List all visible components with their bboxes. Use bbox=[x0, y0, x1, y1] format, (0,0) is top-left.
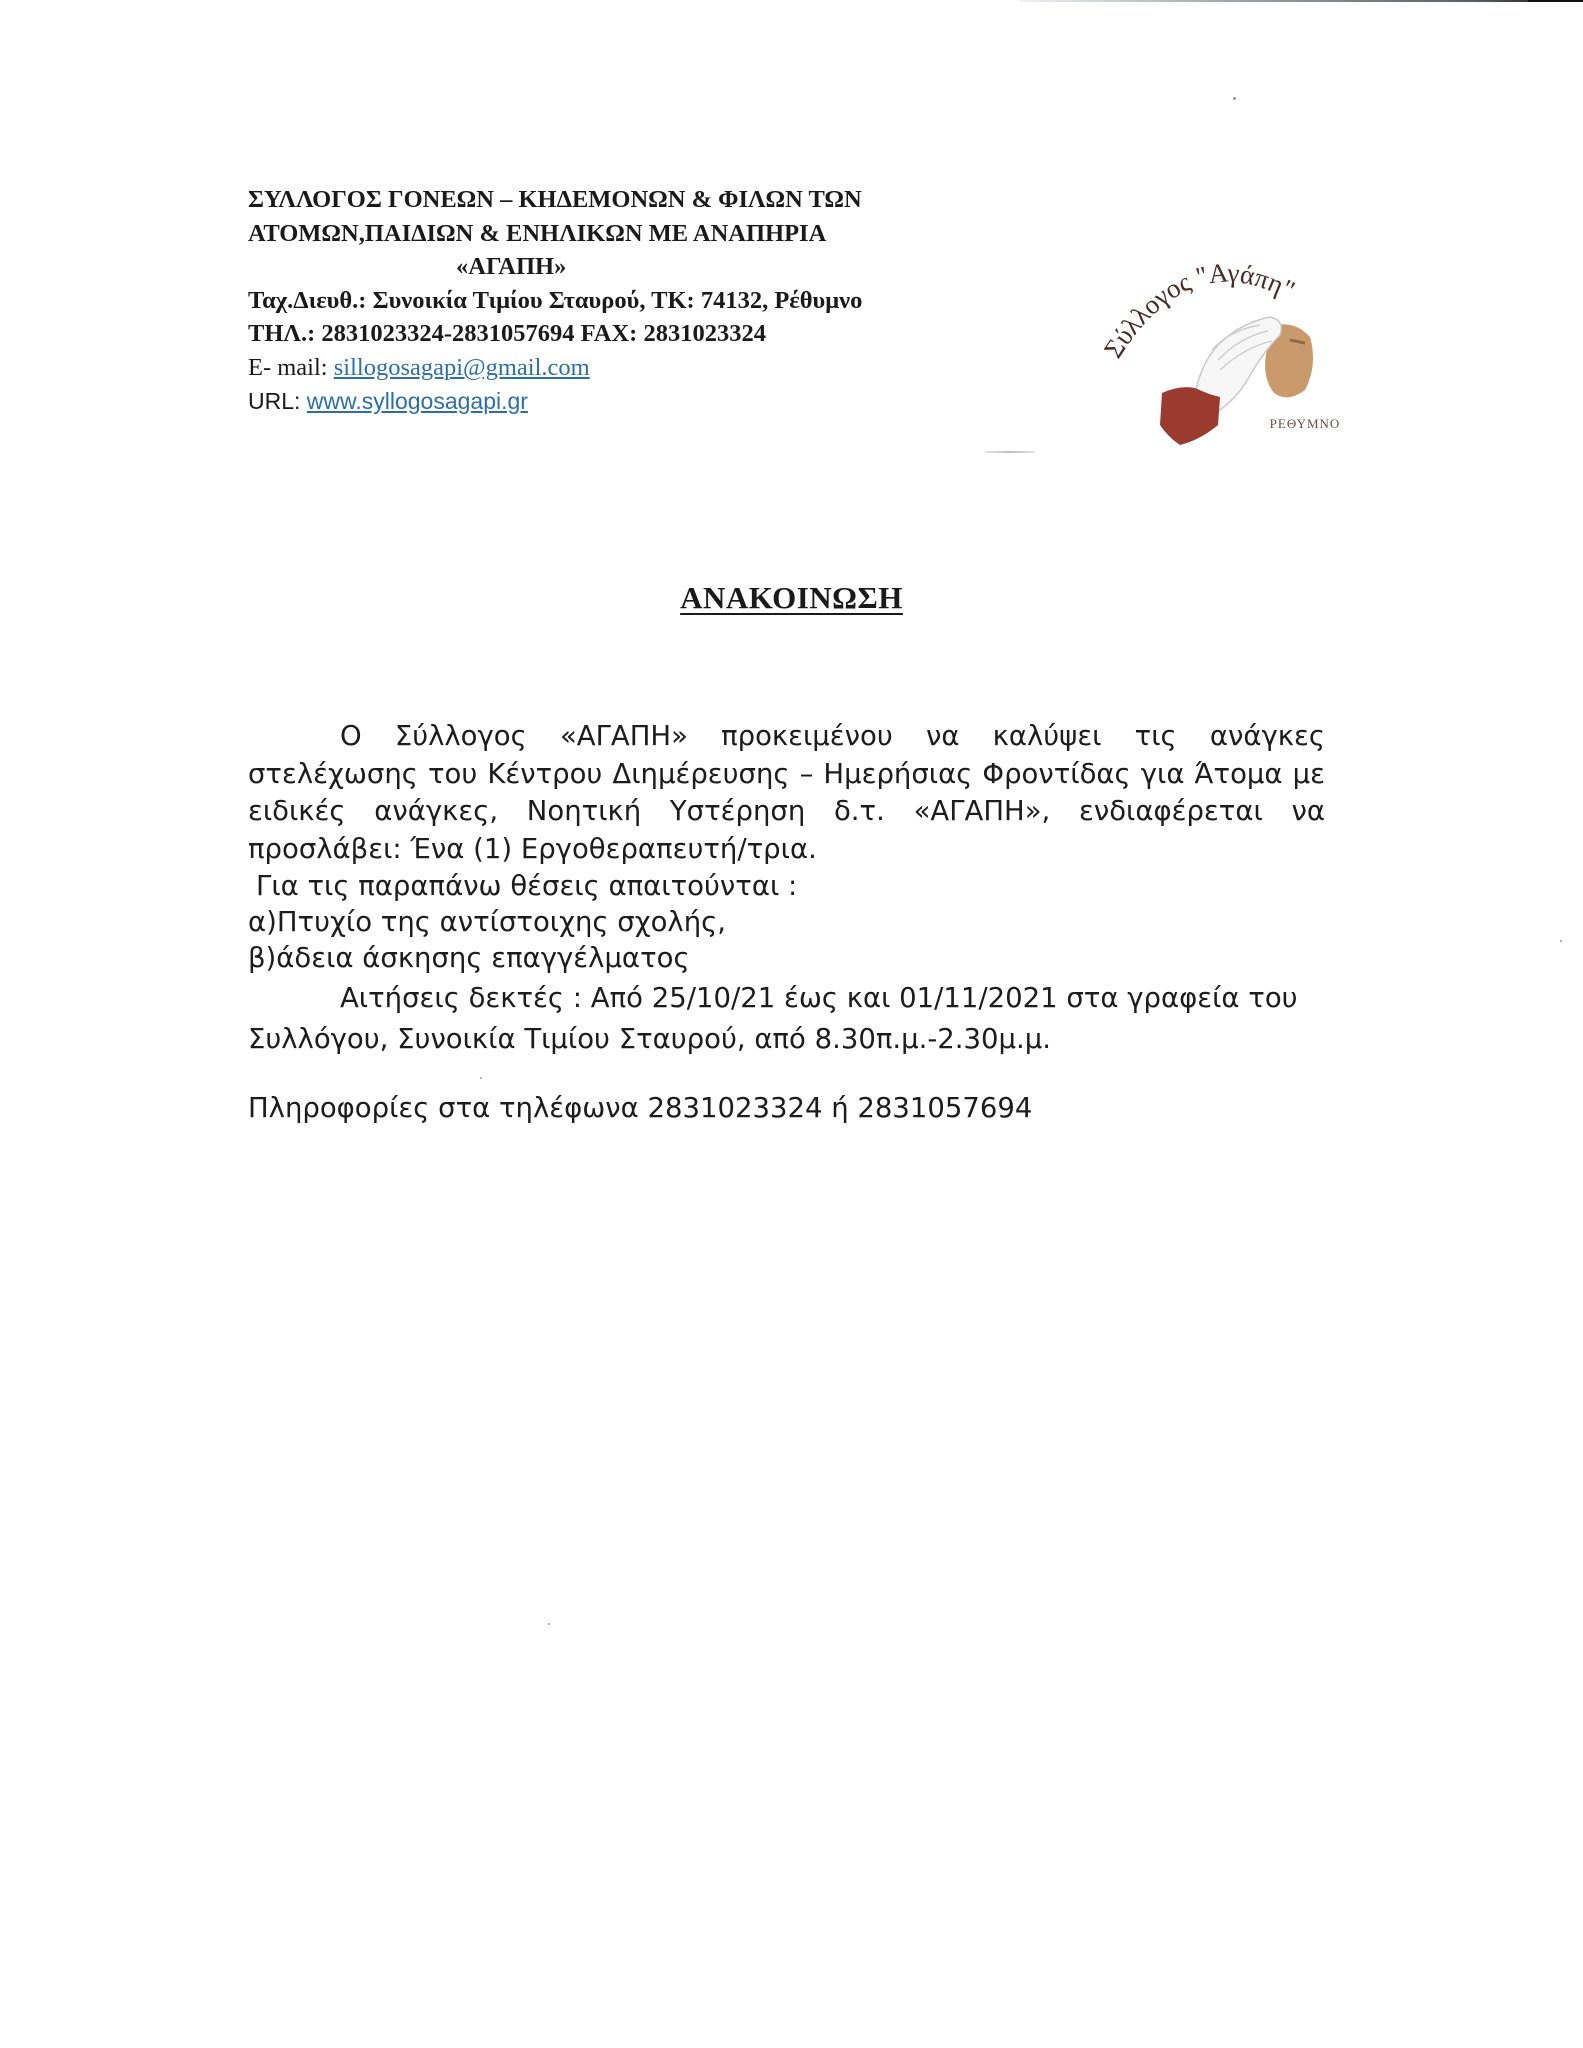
email-link[interactable]: sillogosagapi@gmail.com bbox=[334, 354, 590, 381]
scan-edge-dark bbox=[1528, 0, 1583, 2]
org-line-2: ΑΤΟΜΩΝ,ΠΑΙΔΙΩΝ & ΕΝΗΛΙΚΩΝ ΜΕ ΑΝΑΠΗΡΙΑ bbox=[248, 217, 948, 251]
logo-hands-pot-icon: Σύλλογος "Αγάπη" ΡΕΘΥΜΝΟ bbox=[1100, 225, 1350, 450]
scan-top-edge bbox=[1020, 0, 1583, 2]
logo-city: ΡΕΘΥΜΝΟ bbox=[1270, 416, 1341, 431]
scan-speck bbox=[548, 1623, 550, 1625]
org-url-row: URL: www.syllogosagapi.gr bbox=[248, 385, 948, 419]
letterhead: ΣΥΛΛΟΓΟΣ ΓΟΝΕΩΝ – ΚΗΔΕΜΟΝΩΝ & ΦΙΛΩΝ ΤΩΝ … bbox=[248, 183, 948, 418]
scan-speck bbox=[1560, 940, 1562, 942]
applications-block: Αιτήσεις δεκτές : Από 25/10/21 έως και 0… bbox=[248, 978, 1325, 1060]
applications-line-1: Αιτήσεις δεκτές : Από 25/10/21 έως και 0… bbox=[248, 978, 1325, 1019]
org-name: «ΑΓΑΠΗ» bbox=[248, 250, 948, 284]
requirement-item: α)Πτυχίο της αντίστοιχης σχολής, bbox=[248, 904, 1325, 940]
url-label: URL: bbox=[248, 388, 307, 414]
announcement-body: Ο Σύλλογος «ΑΓΑΠΗ» προκειμένου να καλύψε… bbox=[248, 718, 1325, 1128]
info-phones: Πληροφορίες στα τηλέφωνα 2831023324 ή 28… bbox=[248, 1088, 1325, 1128]
org-address: Ταχ.Διευθ.: Συνοικία Τιμίου Σταυρού, ΤΚ:… bbox=[248, 284, 948, 318]
scan-speck bbox=[480, 1077, 482, 1079]
announcement-title: ΑΝΑΚΟΙΝΩΣΗ bbox=[680, 580, 903, 615]
requirement-item: β)άδεια άσκησης επαγγέλματος bbox=[248, 940, 1325, 976]
org-line-1: ΣΥΛΛΟΓΟΣ ΓΟΝΕΩΝ – ΚΗΔΕΜΟΝΩΝ & ΦΙΛΩΝ ΤΩΝ bbox=[248, 183, 948, 217]
org-email-row: E- mail: sillogosagapi@gmail.com bbox=[248, 351, 948, 385]
organization-logo: Σύλλογος "Αγάπη" ΡΕΘΥΜΝΟ bbox=[1100, 225, 1350, 450]
url-link[interactable]: www.syllogosagapi.gr bbox=[307, 388, 528, 414]
scan-mark bbox=[985, 451, 1035, 453]
org-phones: ΤΗΛ.: 2831023324-2831057694 FAX: 2831023… bbox=[248, 317, 948, 351]
email-label: E- mail: bbox=[248, 354, 334, 381]
intro-paragraph: Ο Σύλλογος «ΑΓΑΠΗ» προκειμένου να καλύψε… bbox=[248, 718, 1325, 868]
scan-speck bbox=[1233, 97, 1236, 100]
applications-line-2: Συλλόγου, Συνοικία Τιμίου Σταυρού, από 8… bbox=[248, 1019, 1325, 1060]
announcement-title-wrap: ΑΝΑΚΟΙΝΩΣΗ bbox=[0, 580, 1583, 616]
requirements-heading: Για τις παραπάνω θέσεις απαιτούνται : bbox=[248, 868, 1325, 904]
